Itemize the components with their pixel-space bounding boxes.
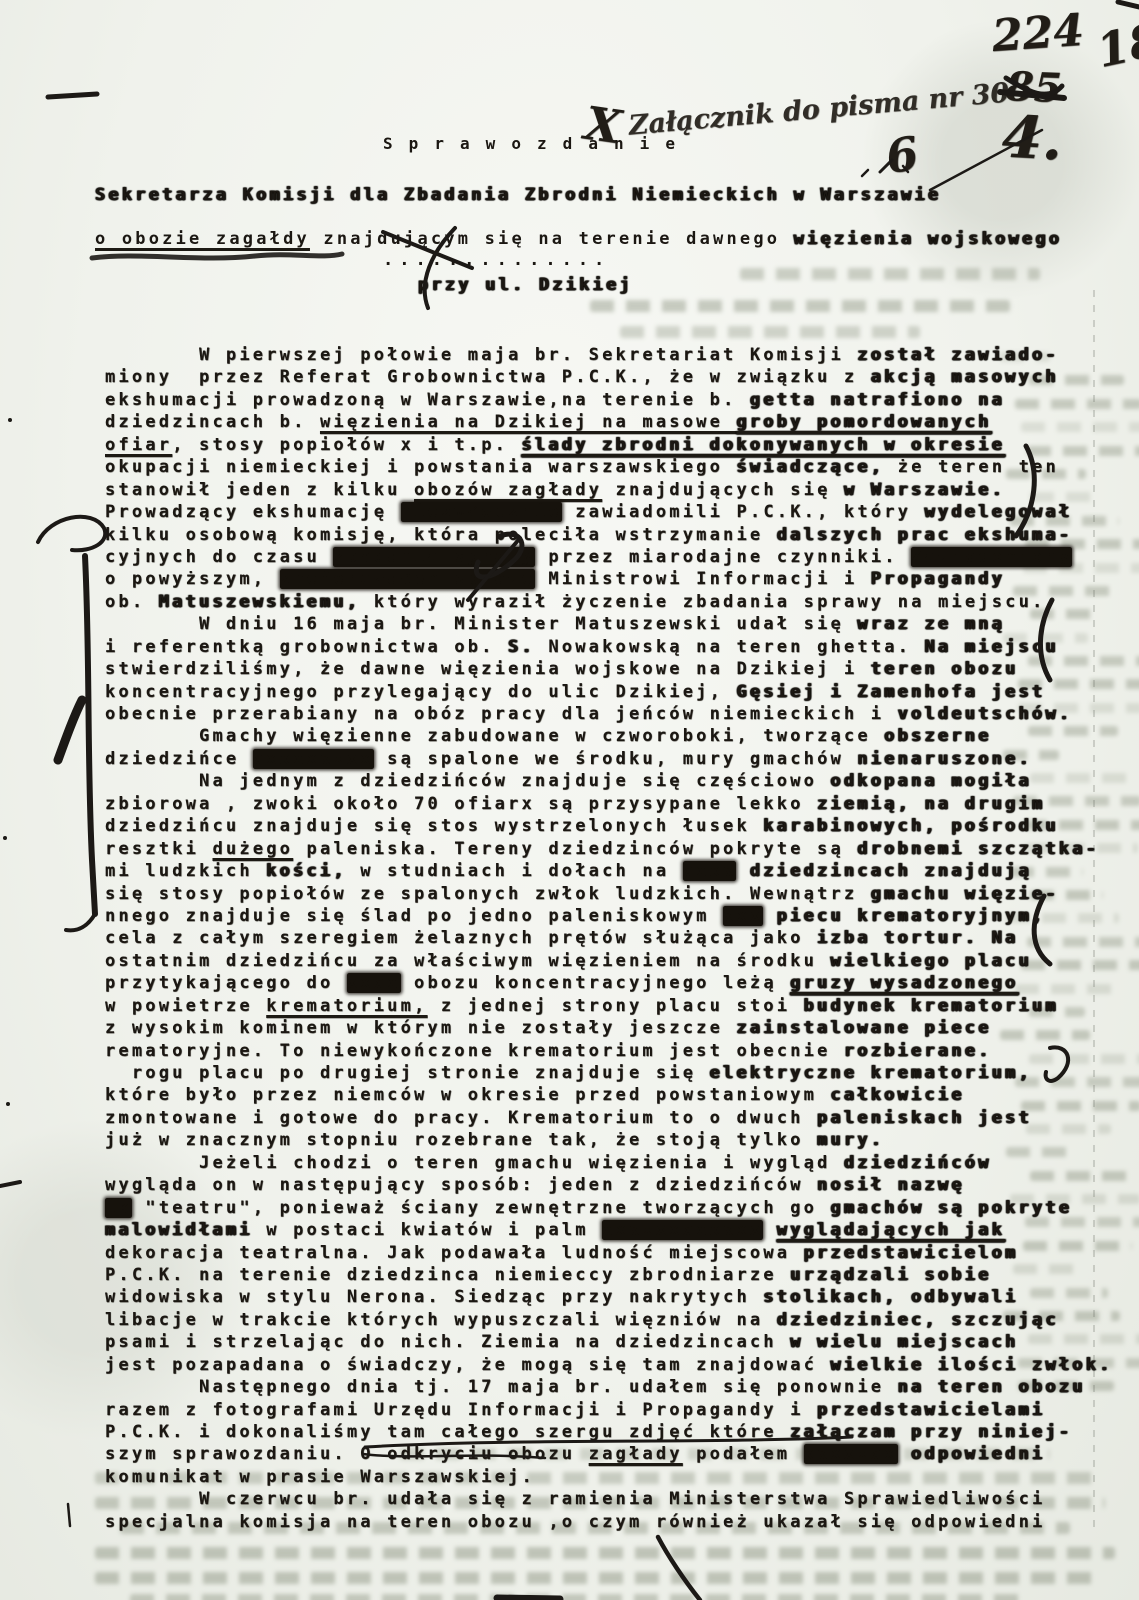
body-line: P.C.K. na terenie dziedzinca niemieccy z… bbox=[105, 1264, 1113, 1286]
body-line: cela z całym szeregiem żelaznych prętów … bbox=[105, 927, 1113, 949]
text-run: znajdującym się na terenie dawnego bbox=[310, 229, 794, 249]
body-line: Gmachy więzienne zabudowane w czworoboki… bbox=[105, 725, 1113, 747]
body-line: Jeżeli chodzi o teren gmachu więzienia i… bbox=[105, 1152, 1113, 1174]
body-line: malowidłami w postaci kwiatów i palm xxx… bbox=[105, 1219, 1113, 1241]
report-subtitle-line-3: przy ul. Dzikiej bbox=[418, 275, 633, 295]
body-line: rogu placu po drugiej stronie znajduje s… bbox=[105, 1062, 1113, 1084]
dotted-line: .............. bbox=[383, 250, 610, 270]
body-line: które było przez niemców w okresie przed… bbox=[105, 1084, 1113, 1106]
body-line: i referentką grobownictwa ob. S. Nowakow… bbox=[105, 636, 1113, 658]
bleedthrough-line bbox=[620, 326, 920, 338]
body-line: dziedzińce xxxxxxxxx są spalone we środk… bbox=[105, 748, 1113, 770]
body-line: W pierwszej połowie maja br. Sekretariat… bbox=[105, 344, 1113, 366]
body-line: dziedzincach b. więzienia na Dzikiej na … bbox=[105, 411, 1113, 433]
body-line: stanowił jeden z kilku obozów zagłady zn… bbox=[105, 479, 1113, 501]
body-line: się stosy popiołów ze spalonych zwłok lu… bbox=[105, 883, 1113, 905]
body-line: ekshumacji prowadzoną w Warszawie,na ter… bbox=[105, 389, 1113, 411]
bleedthrough-line bbox=[95, 1547, 1115, 1559]
bleedthrough-line bbox=[590, 300, 1010, 312]
report-title: S p r a w o z d a n i e bbox=[383, 134, 678, 153]
body-line: Następnego dnia tj. 17 maja br. udałem s… bbox=[105, 1376, 1113, 1398]
body-line: rematoryjne. To niewykończone krematoriu… bbox=[105, 1040, 1113, 1062]
handwritten-page-number: 224 bbox=[990, 5, 1085, 62]
body-line: przytykającego do xxxx obozu koncentracy… bbox=[105, 972, 1113, 994]
body-line: z wysokim kominem w którym nie zostały j… bbox=[105, 1017, 1113, 1039]
body-line: libacje w trakcie których wypuszczali wi… bbox=[105, 1309, 1113, 1331]
body-line: dekoracja teatralna. Jak podawała ludnoś… bbox=[105, 1242, 1113, 1264]
handwritten-margin-note: Załącznik do pisma nr 30 bbox=[627, 77, 1010, 141]
body-line: specjalna komisja na teren obozu ,o czym… bbox=[105, 1511, 1113, 1533]
body-line: w powietrze krematorium, z jednej strony… bbox=[105, 995, 1113, 1017]
body-line: już w znacznym stopniu rozebrane tak, że… bbox=[105, 1129, 1113, 1151]
body-line: komunikat w prasie Warszawskiej. bbox=[105, 1466, 1113, 1488]
body-line: zbiorowa , zwoki około 70 ofiarx są przy… bbox=[105, 793, 1113, 815]
body-line: stwierdziliśmy, że dawne więzienia wojsk… bbox=[105, 658, 1113, 680]
body-line: koncentracyjnego przylegający do ulic Dz… bbox=[105, 681, 1113, 703]
body-line: ob. Matuszewskiemu, który wyraził życzen… bbox=[105, 591, 1113, 613]
handwritten-number-six: 6 bbox=[882, 126, 922, 184]
body-line: mi ludzkich kości, w studniach i dołach … bbox=[105, 860, 1113, 882]
body-line: P.C.K. i dokonaliśmy tam całego szergu z… bbox=[105, 1421, 1113, 1443]
body-line: jest pozapadana o świadczy, że mogą się … bbox=[105, 1354, 1113, 1376]
body-line: kilku osobową komisję, która poleciła ws… bbox=[105, 524, 1113, 546]
bleedthrough-line bbox=[95, 1572, 1095, 1584]
handwritten-number-four: 4. bbox=[1000, 102, 1064, 173]
report-body: W pierwszej połowie maja br. Sekretariat… bbox=[105, 344, 1113, 1533]
text-run: o obozie zagałdy bbox=[95, 229, 310, 249]
body-line: resztki dużego paleniska. Tereny dziedzi… bbox=[105, 838, 1113, 860]
scanned-document-page: 224 18 85 4. 6 X Załącznik do pisma nr 3… bbox=[0, 0, 1139, 1600]
body-line: nnego znajduje się ślad po jedno palenis… bbox=[105, 905, 1113, 927]
handwritten-corner-number: 18 bbox=[1092, 12, 1139, 78]
body-line: widowiska w stylu Nerona. Siedząc przy n… bbox=[105, 1286, 1113, 1308]
body-line: zmontowane i gotowe do pracy. Krematoriu… bbox=[105, 1107, 1113, 1129]
body-line: W dniu 16 maja br. Minister Matuszewski … bbox=[105, 613, 1113, 635]
body-line: Na jednym z dziedzińców znajduje się czę… bbox=[105, 770, 1113, 792]
body-line: miony przez Referat Grobownictwa P.C.K.,… bbox=[105, 366, 1113, 388]
body-line: wygląda on w następujący sposób: jeden z… bbox=[105, 1174, 1113, 1196]
body-line: okupacji niemieckiej i powstania warszaw… bbox=[105, 456, 1113, 478]
body-line: o powyższym, zreferowałem sprawę Ministr… bbox=[105, 568, 1113, 590]
bleedthrough-line bbox=[740, 268, 1040, 280]
body-line: Prowadzący ekshumację niezwłocznie zawia… bbox=[105, 501, 1113, 523]
body-line: cyjnych do czasu zbadania sprawy przez m… bbox=[105, 546, 1113, 568]
body-line: razem z fotografami Urzędu Informacji i … bbox=[105, 1399, 1113, 1421]
body-line: W czerwcu br. udała się z ramienia Minis… bbox=[105, 1488, 1113, 1510]
body-line: dziedzińcu znajduje się stos wystrzelony… bbox=[105, 815, 1113, 837]
report-subtitle-line-2: o obozie zagałdy znajdującym się na tere… bbox=[95, 229, 1062, 249]
body-line: psami i strzelając do nich. Ziemia na dz… bbox=[105, 1331, 1113, 1353]
report-subtitle-line-1: Sekretarza Komisji dla Zbadania Zbrodni … bbox=[95, 185, 941, 205]
text-run: więzienia wojskowego bbox=[794, 229, 1063, 249]
body-line: ofiar, stosy popiołów x i t.p. ślady zbr… bbox=[105, 434, 1113, 456]
bleedthrough-line bbox=[130, 1594, 1030, 1600]
body-line: szym sprawozdaniu. O odkryciu obozu zagł… bbox=[105, 1443, 1113, 1465]
body-line: obecnie przerabiany na obóz pracy dla je… bbox=[105, 703, 1113, 725]
body-line: ik "teatru", ponieważ ściany zewnętrzne … bbox=[105, 1197, 1113, 1219]
body-line: ostatnim dziedzińcu za właściwym więzien… bbox=[105, 950, 1113, 972]
